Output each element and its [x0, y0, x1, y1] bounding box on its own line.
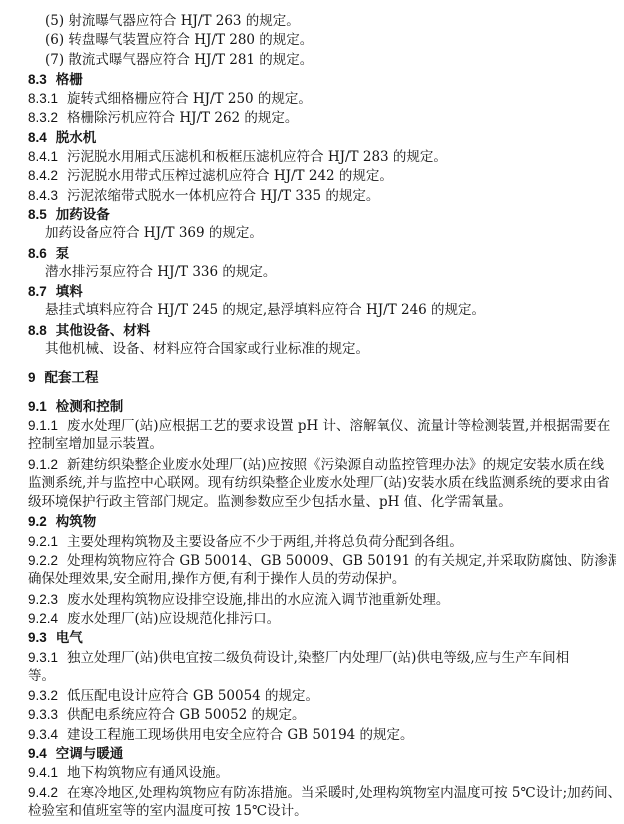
line-content: 8.3.2格栅除污机应符合 HJ/T 262 的规定。	[28, 110, 298, 126]
line-content: 9.3.4建设工程施工现场供用电安全应符合 GB 50194 的规定。	[28, 727, 414, 743]
line-text: 污泥浓缩带式脱水一体机应符合 HJ/T 335 的规定。	[67, 188, 379, 204]
line-text: 加药设备	[56, 207, 110, 222]
continuation-line: 控制室增加显示装置。	[28, 435, 616, 454]
line-content: 控制室增加显示装置。	[28, 436, 163, 452]
clause-line: 悬挂式填料应符合 HJ/T 245 的规定,悬浮填料应符合 HJ/T 246 的…	[28, 301, 616, 320]
line-text: 悬挂式填料应符合 HJ/T 245 的规定,悬浮填料应符合 HJ/T 246 的…	[45, 302, 485, 318]
line-content: 9.2.4废水处理厂(站)应设规范化排污口。	[28, 611, 280, 627]
line-content: 8.7填料	[28, 284, 83, 300]
clause-number: 8.7	[28, 284, 47, 299]
line-content: 9.4空调与暖通	[28, 746, 123, 762]
clause-line: 8.3.2格栅除污机应符合 HJ/T 262 的规定。	[28, 108, 616, 127]
section-heading: 8.4脱水机	[28, 128, 616, 147]
line-text: (7) 散流式曝气器应符合 HJ/T 281 的规定。	[45, 52, 313, 68]
section-heading: 8.3格栅	[28, 70, 616, 89]
line-content: 8.8其他设备、材料	[28, 323, 150, 339]
line-content: 8.3.1旋转式细格栅应符合 HJ/T 250 的规定。	[28, 91, 312, 107]
line-content: 9.2.3废水处理构筑物应设排空设施,排出的水应流入调节池重新处理。	[28, 592, 449, 608]
clause-line: 8.4.2污泥脱水用带式压榨过滤机应符合 HJ/T 242 的规定。	[28, 166, 616, 185]
clause-line: 加药设备应符合 HJ/T 369 的规定。	[28, 224, 616, 243]
line-content: 检验室和值班室等的室内温度可按 15℃设计。	[28, 803, 308, 819]
clause-number: 9.4.2	[28, 785, 58, 800]
line-text: 电气	[56, 630, 83, 645]
line-text: 废水处理厂(站)应设规范化排污口。	[67, 611, 280, 627]
clause-number: 8.5	[28, 207, 47, 222]
line-text: 构筑物	[56, 514, 97, 529]
line-content: 监测系统,并与监控中心联网。现有纺织染整企业废水处理厂(站)安装水质在线监测系统…	[28, 475, 610, 491]
line-text: 废水处理厂(站)应根据工艺的要求设置 pH 计、溶解氧仪、流量计等检测装置,并根…	[67, 418, 610, 434]
clause-number: 9.1	[28, 399, 47, 414]
line-text: 其他机械、设备、材料应符合国家或行业标准的规定。	[45, 341, 369, 357]
clause-number: 9.2.3	[28, 592, 58, 607]
line-content: 9.3.1独立处理厂(站)供电宜按二级负荷设计,染整厂内处理厂(站)供电等级,应…	[28, 650, 569, 666]
line-content: (6) 转盘曝气装置应符合 HJ/T 280 的规定。	[28, 31, 313, 50]
line-content: 8.6泵	[28, 246, 69, 262]
line-text: 废水处理构筑物应设排空设施,排出的水应流入调节池重新处理。	[67, 592, 449, 608]
section-heading: 8.6泵	[28, 244, 616, 263]
clause-line: 8.4.1污泥脱水用厢式压滤机和板框压滤机应符合 HJ/T 283 的规定。	[28, 147, 616, 166]
line-text: 独立处理厂(站)供电宜按二级负荷设计,染整厂内处理厂(站)供电等级,应与生产车间…	[67, 650, 569, 666]
line-text: 潜水排污泵应符合 HJ/T 336 的规定。	[45, 264, 276, 280]
line-text: 供配电系统应符合 GB 50052 的规定。	[67, 707, 306, 723]
line-content: 8.4.2污泥脱水用带式压榨过滤机应符合 HJ/T 242 的规定。	[28, 168, 393, 184]
line-text: 其他设备、材料	[56, 323, 151, 338]
clause-number: 8.3.2	[28, 110, 58, 125]
clause-number: 9.2.1	[28, 534, 58, 549]
line-content: 9.1检测和控制	[28, 399, 123, 415]
line-text: 在寒冷地区,处理构筑物应有防冻措施。当采暖时,处理构筑物室内温度可按 5℃设计;…	[67, 785, 616, 801]
line-text: 建设工程施工现场供用电安全应符合 GB 50194 的规定。	[67, 727, 414, 743]
section-heading: 8.8其他设备、材料	[28, 321, 616, 340]
line-content: 9.3.2低压配电设计应符合 GB 50054 的规定。	[28, 688, 319, 704]
line-text: 泵	[56, 246, 70, 261]
line-content: 其他机械、设备、材料应符合国家或行业标准的规定。	[28, 340, 369, 359]
line-content: 确保处理效果,安全耐用,操作方便,有利于操作人员的劳动保护。	[28, 571, 405, 587]
clause-number: 9.4	[28, 746, 47, 761]
list-item-line: (5) 射流曝气器应符合 HJ/T 263 的规定。	[28, 12, 616, 31]
clause-line: 9.3.2低压配电设计应符合 GB 50054 的规定。	[28, 686, 616, 705]
line-content: 悬挂式填料应符合 HJ/T 245 的规定,悬浮填料应符合 HJ/T 246 的…	[28, 301, 485, 320]
section-heading: 9.2构筑物	[28, 512, 616, 531]
clause-number: 8.4.2	[28, 168, 58, 183]
clause-line: 9.3.4建设工程施工现场供用电安全应符合 GB 50194 的规定。	[28, 725, 616, 744]
clause-number: 9.2.4	[28, 611, 58, 626]
clause-line: 潜水排污泵应符合 HJ/T 336 的规定。	[28, 263, 616, 282]
line-content: 9.3电气	[28, 630, 83, 646]
line-text: 地下构筑物应有通风设施。	[67, 765, 229, 781]
line-text: 旋转式细格栅应符合 HJ/T 250 的规定。	[67, 91, 312, 107]
continuation-line: 检验室和值班室等的室内温度可按 15℃设计。	[28, 802, 616, 821]
clause-line: 9.2.4废水处理厂(站)应设规范化排污口。	[28, 609, 616, 628]
line-text: 处理构筑物应符合 GB 50014、GB 50009、GB 50191 的有关规…	[67, 553, 616, 569]
line-text: 加药设备应符合 HJ/T 369 的规定。	[45, 225, 263, 241]
line-text: 控制室增加显示装置。	[28, 436, 163, 452]
clause-line: 9.3.3供配电系统应符合 GB 50052 的规定。	[28, 705, 616, 724]
line-content: 9.2.1主要处理构筑物及主要设备应不少于两组,并将总负荷分配到各组。	[28, 534, 463, 550]
line-content: 8.3格栅	[28, 72, 83, 88]
line-content: 9.2构筑物	[28, 514, 96, 530]
line-content: 8.4.3污泥浓缩带式脱水一体机应符合 HJ/T 335 的规定。	[28, 188, 379, 204]
line-text: 低压配电设计应符合 GB 50054 的规定。	[67, 688, 319, 704]
line-content: (7) 散流式曝气器应符合 HJ/T 281 的规定。	[28, 51, 313, 70]
clause-line: 9.2.1主要处理构筑物及主要设备应不少于两组,并将总负荷分配到各组。	[28, 532, 616, 551]
clause-number: 9.4.1	[28, 765, 58, 780]
line-text: 污泥脱水用带式压榨过滤机应符合 HJ/T 242 的规定。	[67, 168, 393, 184]
line-text: 配套工程	[45, 370, 99, 385]
clause-number: 8.6	[28, 246, 47, 261]
line-text: 确保处理效果,安全耐用,操作方便,有利于操作人员的劳动保护。	[28, 571, 405, 587]
clause-line: 9.2.3废水处理构筑物应设排空设施,排出的水应流入调节池重新处理。	[28, 590, 616, 609]
list-item-line: (6) 转盘曝气装置应符合 HJ/T 280 的规定。	[28, 31, 616, 50]
line-text: 检验室和值班室等的室内温度可按 15℃设计。	[28, 803, 308, 819]
line-text: 污泥脱水用厢式压滤机和板框压滤机应符合 HJ/T 283 的规定。	[67, 149, 447, 165]
line-text: 填料	[56, 284, 83, 299]
document-body: (5) 射流曝气器应符合 HJ/T 263 的规定。(6) 转盘曝气装置应符合 …	[28, 12, 616, 821]
continuation-line: 确保处理效果,安全耐用,操作方便,有利于操作人员的劳动保护。	[28, 570, 616, 589]
line-content: (5) 射流曝气器应符合 HJ/T 263 的规定。	[28, 12, 300, 31]
line-content: 等。	[28, 668, 55, 684]
clause-number: 9.2	[28, 514, 47, 529]
line-content: 9.1.1废水处理厂(站)应根据工艺的要求设置 pH 计、溶解氧仪、流量计等检测…	[28, 418, 610, 434]
section-heading: 9.1检测和控制	[28, 397, 616, 416]
clause-number: 9.3.3	[28, 707, 58, 722]
clause-line: 8.3.1旋转式细格栅应符合 HJ/T 250 的规定。	[28, 89, 616, 108]
clause-number: 8.8	[28, 323, 47, 338]
line-content: 级环境保护行政主管部门规定。监测参数应至少包括水量、pH 值、化学需氧量。	[28, 494, 512, 510]
line-text: 检测和控制	[56, 399, 124, 414]
line-text: (5) 射流曝气器应符合 HJ/T 263 的规定。	[45, 13, 300, 29]
clause-number: 8.3.1	[28, 91, 58, 106]
section-heading: 8.5加药设备	[28, 205, 616, 224]
section-heading: 9.3电气	[28, 628, 616, 647]
clause-number: 8.4.1	[28, 149, 58, 164]
line-text: 空调与暖通	[56, 746, 124, 761]
clause-line: 9.2.2处理构筑物应符合 GB 50014、GB 50009、GB 50191…	[28, 551, 616, 570]
clause-number: 9.1.2	[28, 457, 58, 472]
line-content: 9.4.1地下构筑物应有通风设施。	[28, 765, 229, 781]
clause-number: 9.3.4	[28, 727, 58, 742]
line-text: 新建纺织染整企业废水处理厂(站)应按照《污染源自动监控管理办法》的规定安装水质在…	[67, 457, 604, 473]
line-text: 级环境保护行政主管部门规定。监测参数应至少包括水量、pH 值、化学需氧量。	[28, 494, 512, 510]
line-content: 9.4.2在寒冷地区,处理构筑物应有防冻措施。当采暖时,处理构筑物室内温度可按 …	[28, 785, 616, 801]
line-text: (6) 转盘曝气装置应符合 HJ/T 280 的规定。	[45, 32, 313, 48]
continuation-line: 级环境保护行政主管部门规定。监测参数应至少包括水量、pH 值、化学需氧量。	[28, 493, 616, 512]
line-content: 9.3.3供配电系统应符合 GB 50052 的规定。	[28, 707, 306, 723]
line-content: 9配套工程	[28, 370, 99, 386]
line-content: 8.4.1污泥脱水用厢式压滤机和板框压滤机应符合 HJ/T 283 的规定。	[28, 149, 447, 165]
line-text: 格栅除污机应符合 HJ/T 262 的规定。	[67, 110, 298, 126]
line-content: 9.2.2处理构筑物应符合 GB 50014、GB 50009、GB 50191…	[28, 553, 616, 569]
clause-line: 9.1.2新建纺织染整企业废水处理厂(站)应按照《污染源自动监控管理办法》的规定…	[28, 455, 616, 474]
line-content: 9.1.2新建纺织染整企业废水处理厂(站)应按照《污染源自动监控管理办法》的规定…	[28, 457, 604, 473]
line-text: 监测系统,并与监控中心联网。现有纺织染整企业废水处理厂(站)安装水质在线监测系统…	[28, 475, 610, 491]
clause-line: 9.3.1独立处理厂(站)供电宜按二级负荷设计,染整厂内处理厂(站)供电等级,应…	[28, 648, 616, 667]
clause-line: 其他机械、设备、材料应符合国家或行业标准的规定。	[28, 340, 616, 359]
line-text: 格栅	[56, 72, 83, 87]
document-page: (5) 射流曝气器应符合 HJ/T 263 的规定。(6) 转盘曝气装置应符合 …	[0, 0, 624, 824]
line-text: 等。	[28, 668, 55, 684]
clause-line: 9.4.2在寒冷地区,处理构筑物应有防冻措施。当采暖时,处理构筑物室内温度可按 …	[28, 783, 616, 802]
section-heading: 9.4空调与暖通	[28, 744, 616, 763]
clause-number: 9.3.1	[28, 650, 58, 665]
continuation-line: 监测系统,并与监控中心联网。现有纺织染整企业废水处理厂(站)安装水质在线监测系统…	[28, 474, 616, 493]
line-content: 加药设备应符合 HJ/T 369 的规定。	[28, 224, 263, 243]
clause-number: 9.3.2	[28, 688, 58, 703]
clause-number: 8.3	[28, 72, 47, 87]
line-content: 8.4脱水机	[28, 130, 96, 146]
line-text: 脱水机	[56, 130, 97, 145]
clause-number: 9.3	[28, 630, 47, 645]
chapter-heading: 9配套工程	[28, 368, 616, 387]
continuation-line: 等。	[28, 667, 616, 686]
list-item-line: (7) 散流式曝气器应符合 HJ/T 281 的规定。	[28, 51, 616, 70]
clause-number: 8.4	[28, 130, 47, 145]
line-text: 主要处理构筑物及主要设备应不少于两组,并将总负荷分配到各组。	[67, 534, 463, 550]
clause-line: 9.4.1地下构筑物应有通风设施。	[28, 763, 616, 782]
section-heading: 8.7填料	[28, 282, 616, 301]
clause-line: 8.4.3污泥浓缩带式脱水一体机应符合 HJ/T 335 的规定。	[28, 186, 616, 205]
line-content: 8.5加药设备	[28, 207, 110, 223]
clause-number: 9.1.1	[28, 418, 58, 433]
clause-number: 9	[28, 370, 36, 385]
line-content: 潜水排污泵应符合 HJ/T 336 的规定。	[28, 263, 276, 282]
clause-number: 9.2.2	[28, 553, 58, 568]
clause-line: 9.1.1废水处理厂(站)应根据工艺的要求设置 pH 计、溶解氧仪、流量计等检测…	[28, 416, 616, 435]
clause-number: 8.4.3	[28, 188, 58, 203]
